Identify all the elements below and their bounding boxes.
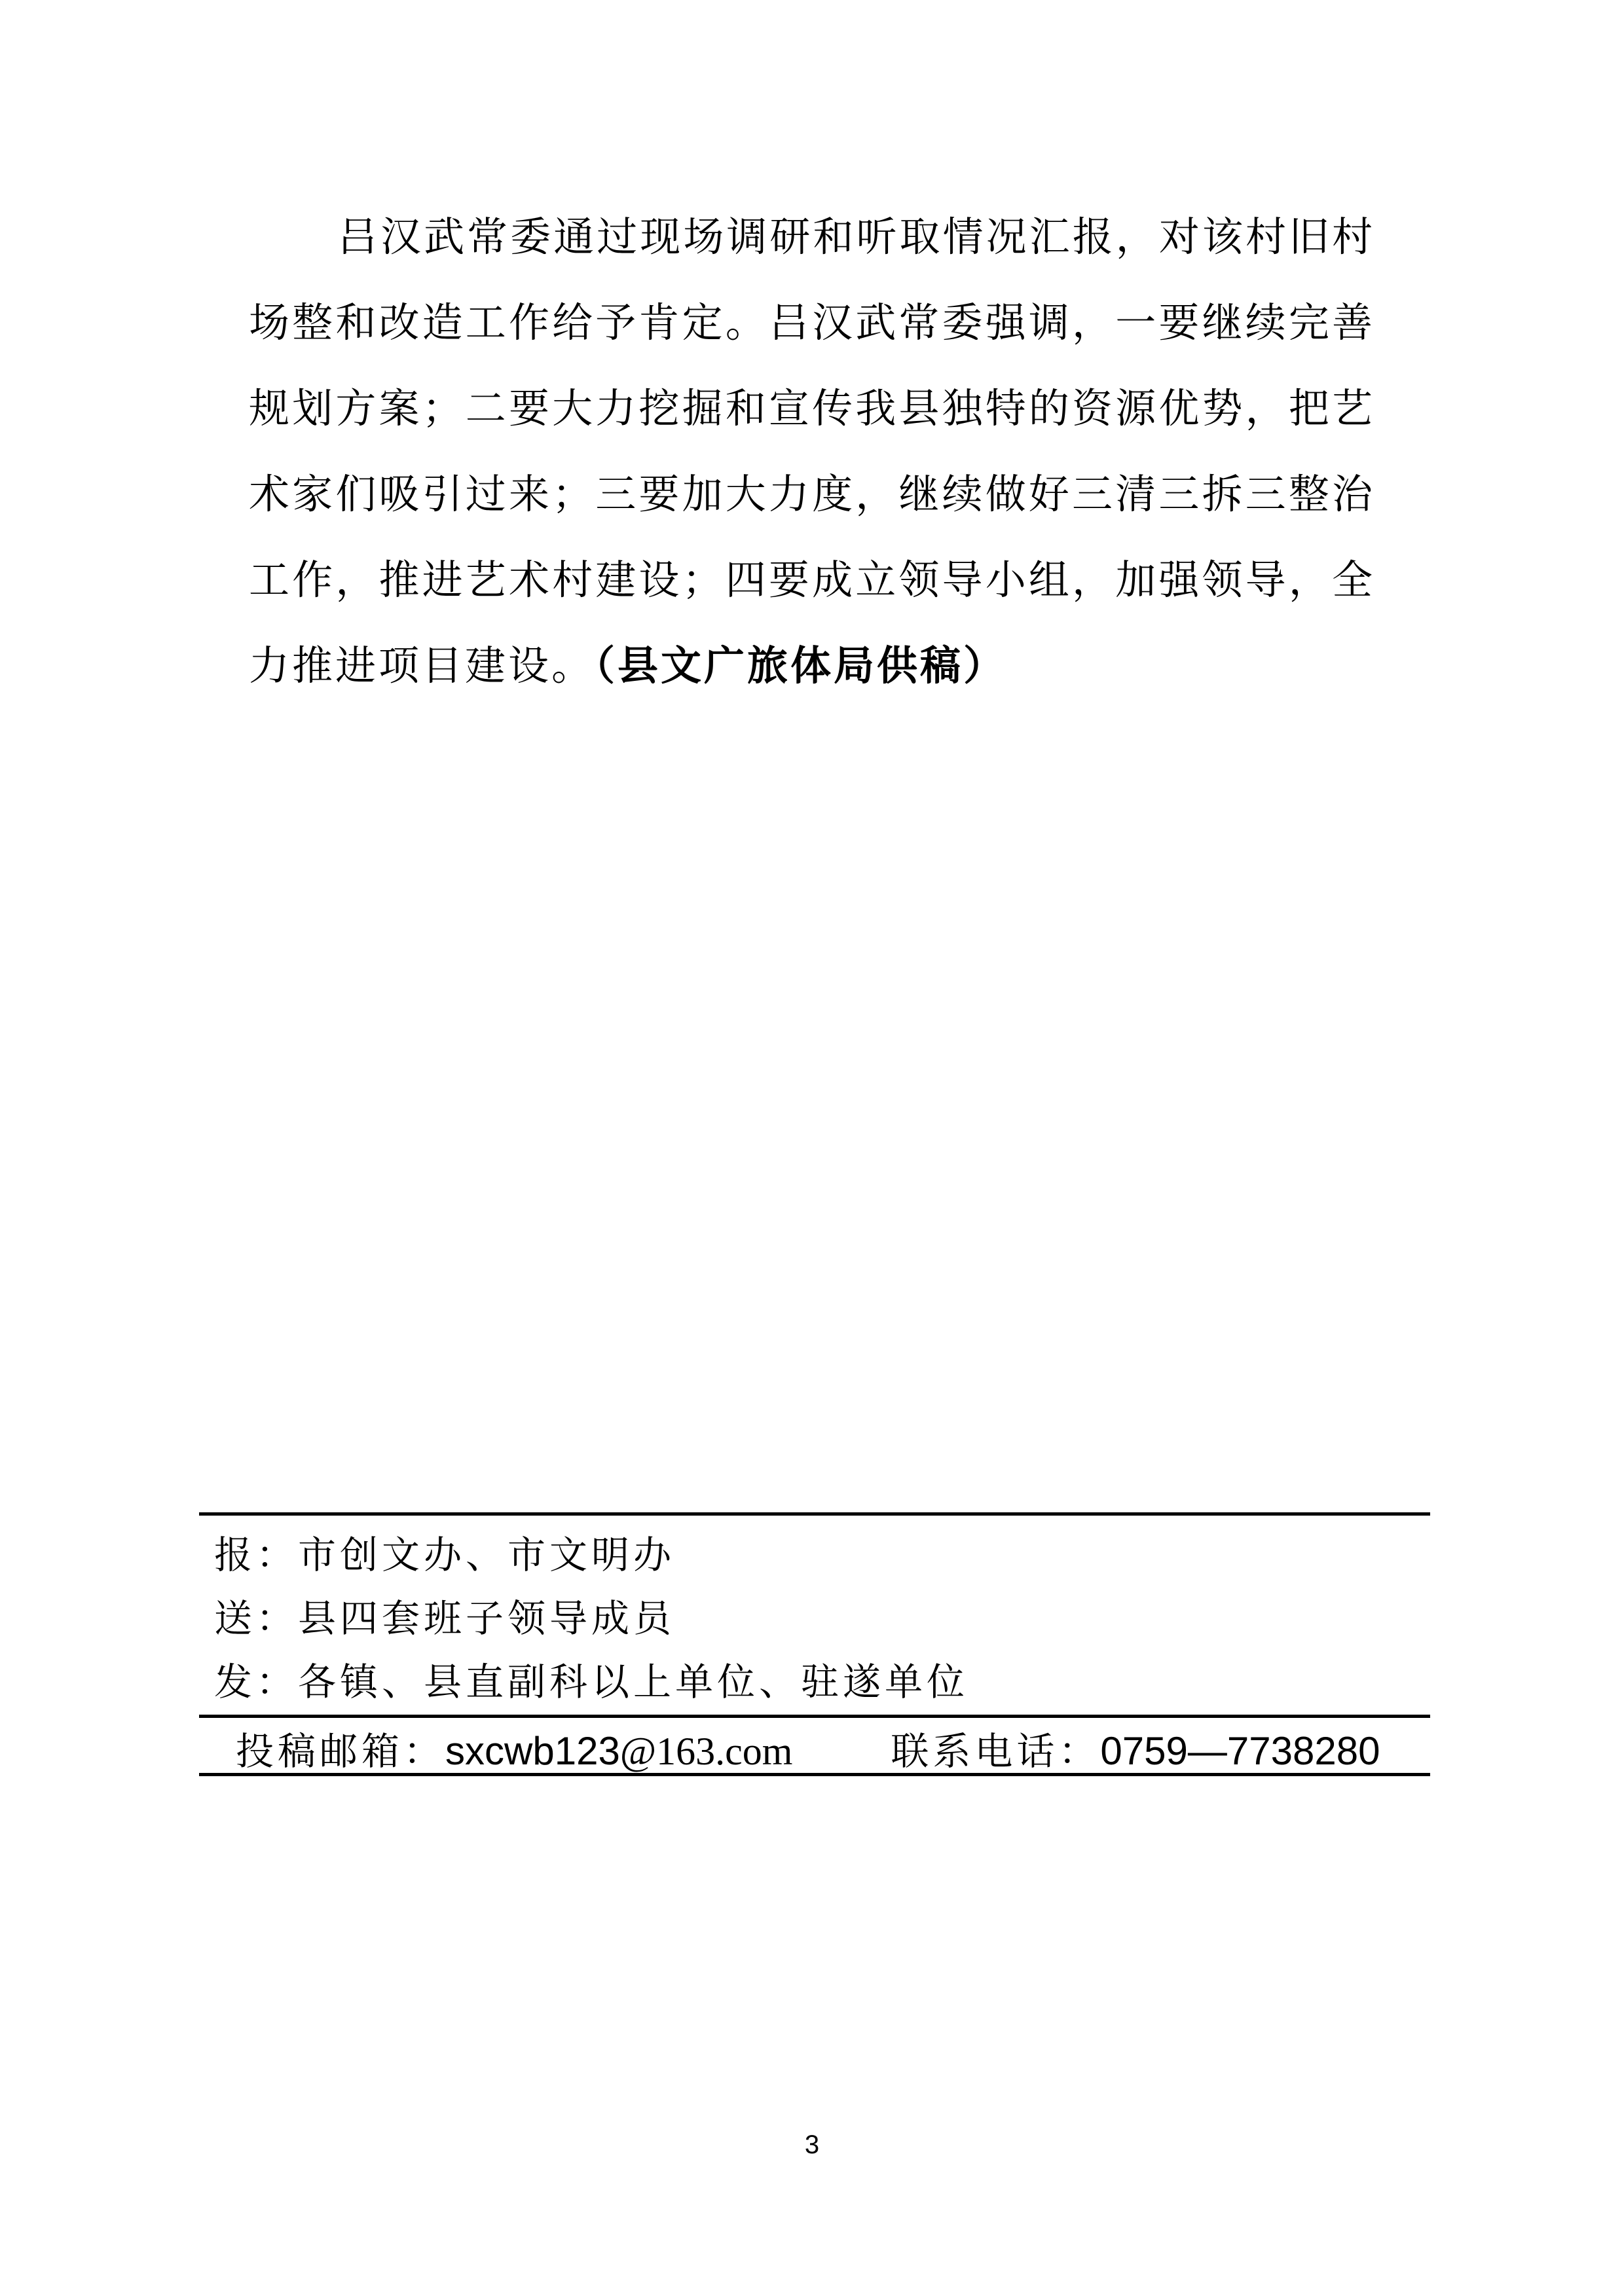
email-user: sxcwb123 — [445, 1729, 620, 1773]
paragraph-line: 工作，推进艺术村建设；四要成立领导小组，加强领导，全 — [249, 538, 1375, 624]
email-domain: @163.com — [620, 1730, 793, 1773]
paragraph-line-text: 规划方案；二要大力挖掘和宣传我县独特的资源优势，把艺 — [249, 387, 1375, 431]
page-number: 3 — [0, 2129, 1624, 2160]
footer-divider-bottom — [199, 1773, 1430, 1776]
phone-number: 0759—7738280 — [1100, 1729, 1380, 1773]
attribution-credit: （县文广旅体局供稿） — [595, 644, 1006, 689]
paragraph-line-text: 术家们吸引过来；三要加大力度，继续做好三清三拆三整治 — [249, 473, 1375, 517]
email-label: 投稿邮箱： — [236, 1730, 445, 1773]
routing-block: 报：市创文办、市文明办 送：县四套班子领导成员 发：各镇、县直副科以上单位、驻遂… — [214, 1523, 1426, 1714]
paragraph-line-text: 场整和改造工作给予肯定。吕汉武常委强调，一要继续完善 — [249, 301, 1375, 346]
paragraph-line: 规划方案；二要大力挖掘和宣传我县独特的资源优势，把艺 — [249, 367, 1375, 452]
paragraph-line-text: 工作，推进艺术村建设；四要成立领导小组，加强领导，全 — [249, 558, 1375, 603]
paragraph-line: 术家们吸引过来；三要加大力度，继续做好三清三拆三整治 — [249, 452, 1375, 538]
phone-label: 联系电话： — [891, 1730, 1100, 1773]
paragraph-line-text: 吕汉武常委通过现场调研和听取情况汇报，对该村旧村 — [337, 215, 1375, 260]
routing-issue-line: 发：各镇、县直副科以上单位、驻遂单位 — [214, 1650, 1426, 1714]
paragraph-line: 场整和改造工作给予肯定。吕汉武常委强调，一要继续完善 — [249, 281, 1375, 367]
footer-divider-middle — [199, 1715, 1430, 1718]
paragraph-line: 吕汉武常委通过现场调研和听取情况汇报，对该村旧村 — [249, 195, 1375, 281]
footer-divider-top — [199, 1512, 1430, 1516]
paragraph-line-text: 力推进项目建设。 — [249, 644, 595, 689]
document-page: 吕汉武常委通过现场调研和听取情况汇报，对该村旧村 场整和改造工作给予肯定。吕汉武… — [0, 0, 1624, 2296]
paragraph-line: 力推进项目建设。（县文广旅体局供稿） — [249, 624, 1375, 710]
routing-report-line: 报：市创文办、市文明办 — [214, 1523, 1426, 1587]
body-paragraph: 吕汉武常委通过现场调研和听取情况汇报，对该村旧村 场整和改造工作给予肯定。吕汉武… — [249, 195, 1375, 710]
routing-send-line: 送：县四套班子领导成员 — [214, 1587, 1426, 1650]
